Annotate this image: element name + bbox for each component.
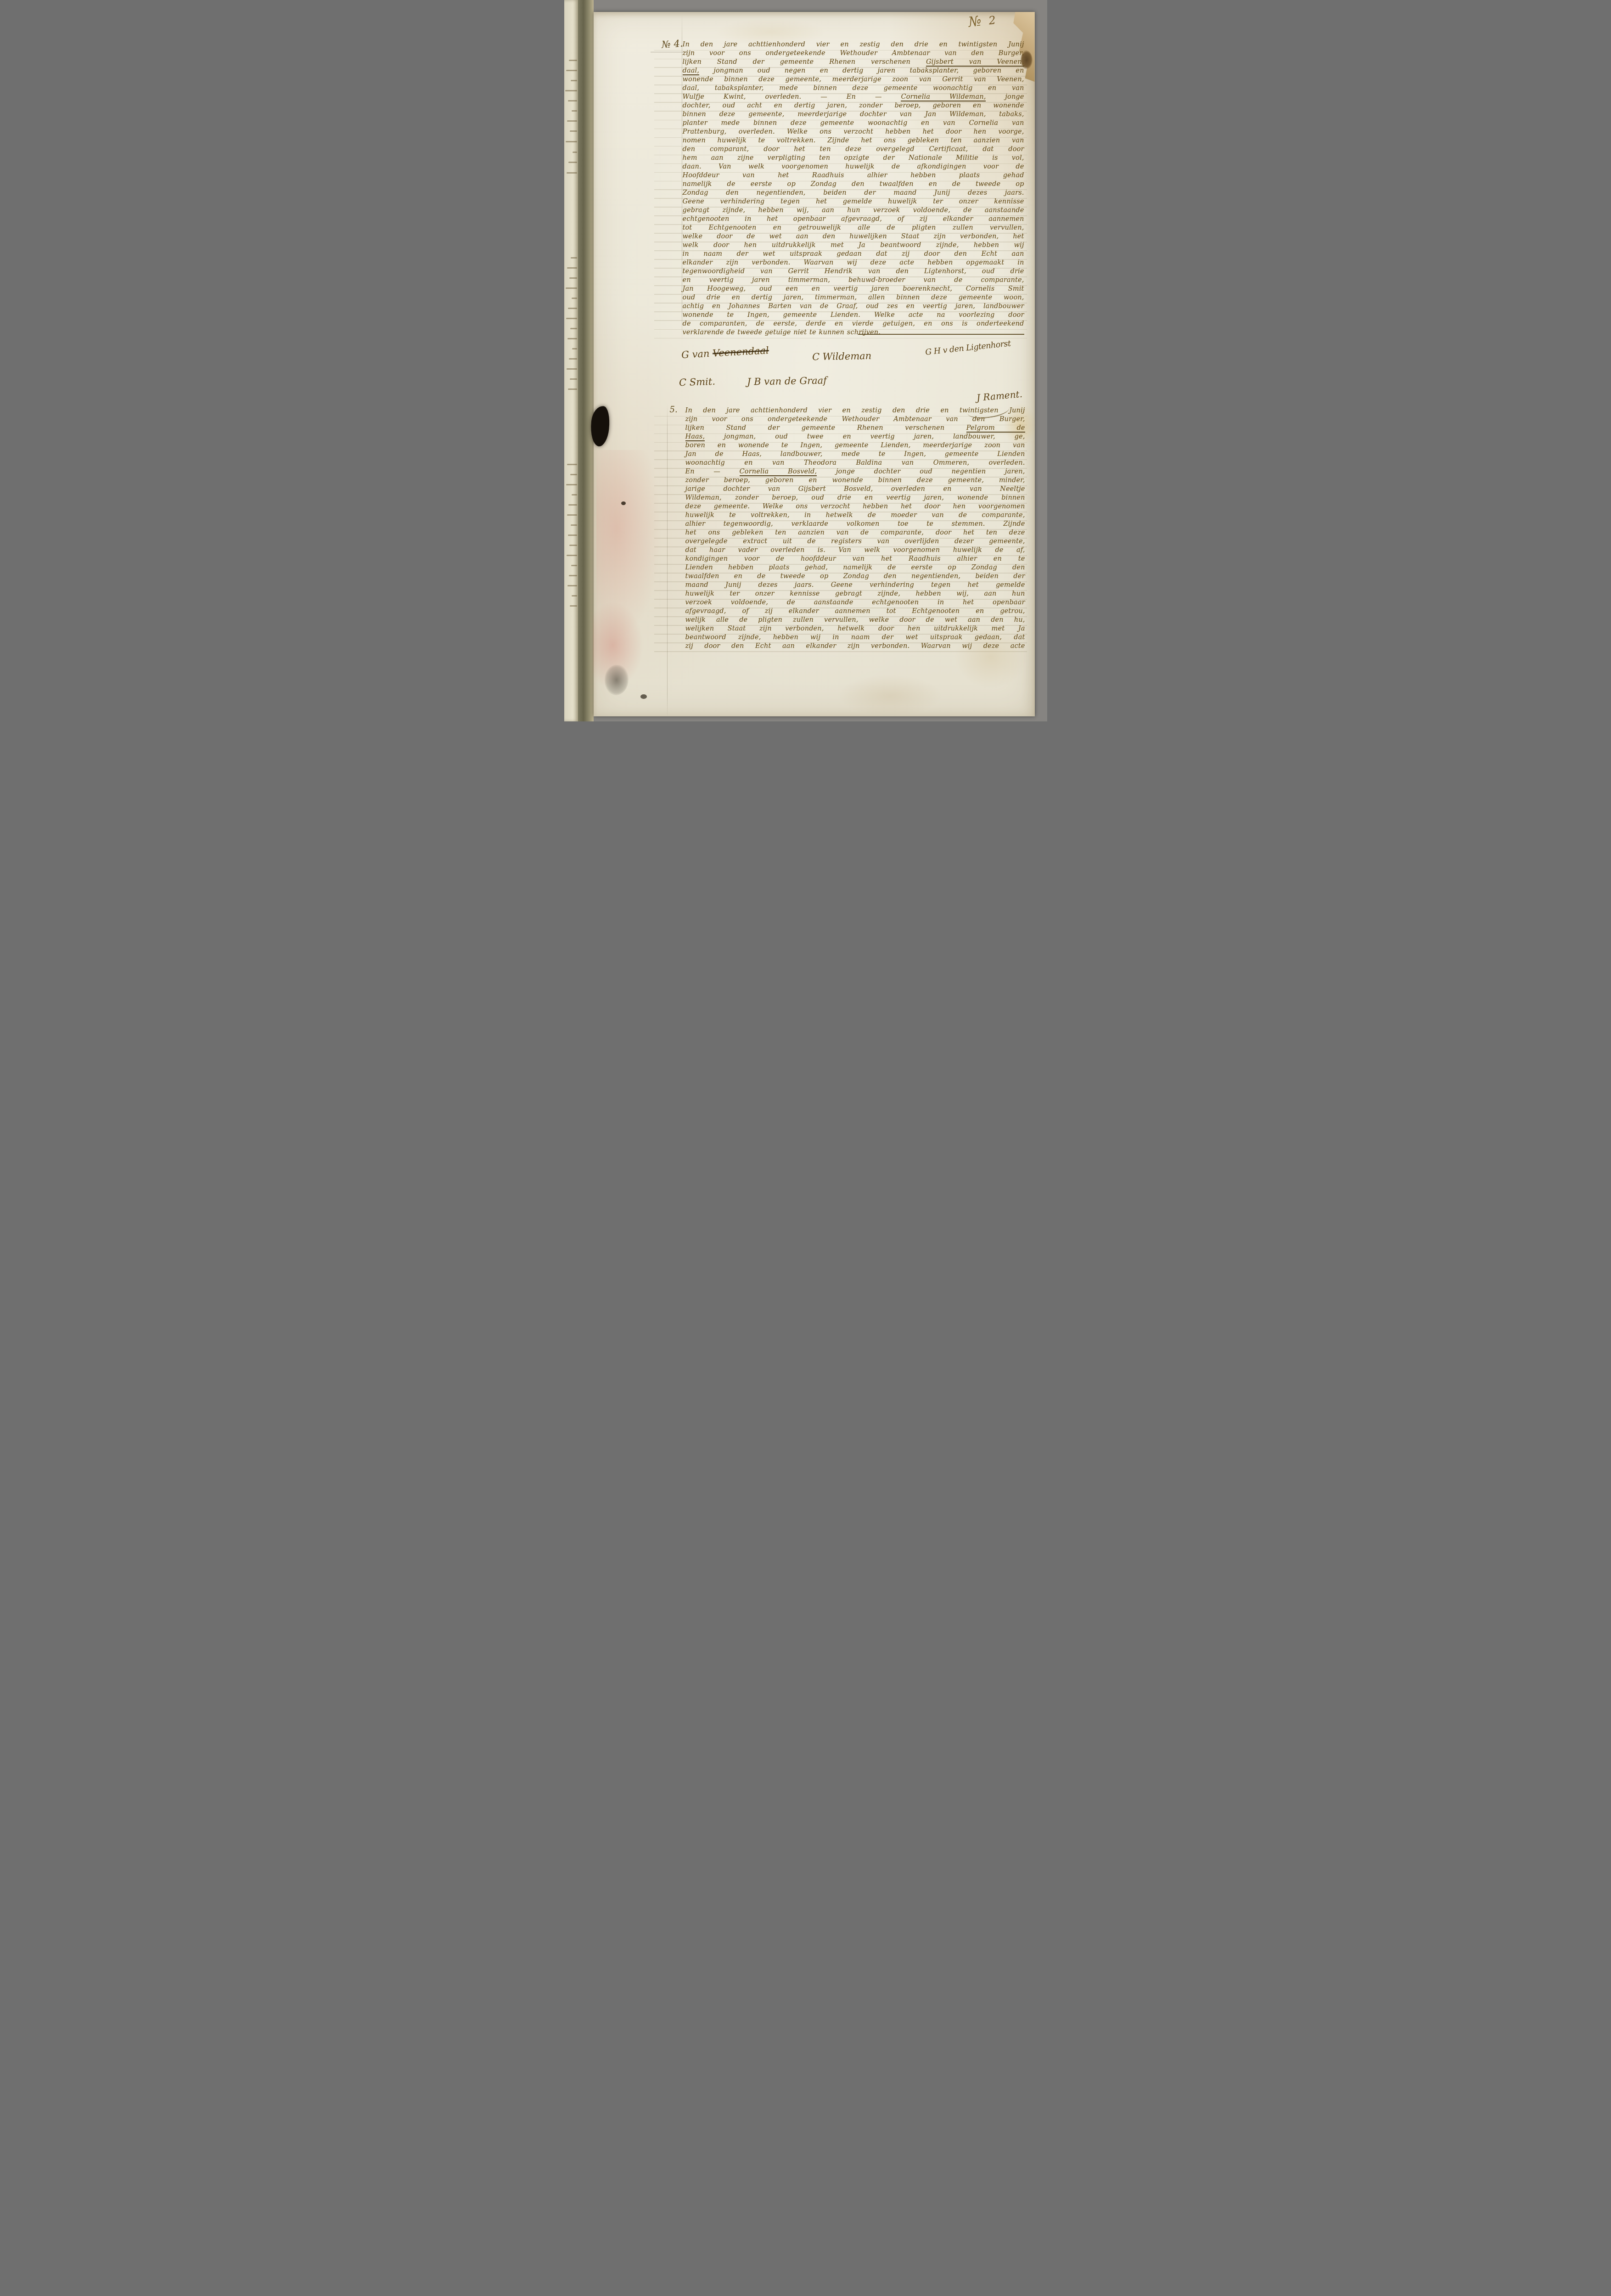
facing-page-text-fragment [571,565,577,566]
act-line: welijken Staat zijn verbonden, hetwelk d… [685,625,1025,633]
facing-page-text-fragment [568,162,577,163]
facing-page-text-fragment [567,514,577,516]
act-line: huwelijk te voltrekken, in hetwelk de mo… [685,511,1025,520]
act-line: binnen deze gemeente, meerderjarige doch… [683,110,1024,119]
act-line: In den jare achttienhonderd vier en zest… [685,406,1025,415]
act-line: namelijk de eerste op Zondag den twaalfd… [683,180,1024,189]
act-line: zijn voor ons ondergeteekende Wethouder … [683,49,1024,58]
signature: C Smit. [679,376,715,388]
act-line: kondigingen voor de hoofddeur van het Ra… [685,555,1025,563]
act-line: het ons gebleken ten aanzien van de comp… [685,529,1025,537]
act-line: maand Junij dezes jaars. Geene verhinder… [685,581,1025,590]
facing-page-text-fragment [568,535,577,536]
act-line: alhier tegenwoordig, verklaarde volkomen… [685,520,1025,529]
act-line: nomen huwelijk te voltrekken. Zijnde het… [683,136,1024,145]
facing-page-text-fragment [571,524,577,526]
facing-page-text-fragment [566,318,577,319]
act-line: lijken Stand der gemeente Rhenen versche… [685,424,1025,433]
act-line: afgevraagd, of zij elkander aannemen tot… [685,607,1025,616]
act-line: daal, jongman oud negen en dertig jaren … [683,67,1024,75]
act-line: zonder beroep, geboren en wonende binnen… [685,476,1025,485]
facing-page-text-fragment [569,545,577,546]
fold-crease [682,14,682,342]
act-line: echtgenooten in het openbaar afgevraagd,… [683,215,1024,224]
act-line: gebragt zijnde, hebben wij, aan hun verz… [683,206,1024,215]
facing-page-text-fragment [568,308,577,309]
facing-page-text-fragment [570,130,577,132]
act-5-text: In den jare achttienhonderd vier en zest… [685,406,1025,651]
act-line: Geene verhindering tegen het gemelde huw… [683,197,1024,206]
act-line: huwelijk ter onzer kennisse gebragt zijn… [685,590,1025,598]
act-number-label: № 4. [661,38,683,50]
underlined-name: Gijsbert van Veenen, [926,58,1024,67]
act-line: daal, tabaksplanter, mede binnen deze ge… [683,84,1024,93]
facing-page-text-fragment [567,338,577,339]
facing-page-text-fragment [567,555,577,556]
act-line: daan. Van welk voorgenomen huwelijk de a… [683,163,1024,171]
signature: C Wildeman [812,350,871,362]
act-line: achtig en Johannes Barten van de Graaf, … [683,302,1024,311]
act-line: overgelegde extract uit de registers van… [685,537,1025,546]
act-line: In den jare achttienhonderd vier en zest… [683,40,1024,49]
facing-page-text-fragment [569,60,577,61]
facing-page-text-fragment [569,358,577,360]
facing-page-text-fragment [570,474,577,475]
facing-page-text-fragment [572,494,577,495]
act-number-label: 5. [670,405,678,415]
act-line: welk door hen uitdrukkelijk met Ja beant… [683,241,1024,250]
act-4-text: In den jare achttienhonderd vier en zest… [683,40,1024,337]
act-line: Zondag den negentienden, beiden der maan… [683,189,1024,197]
act-line: Jan Hoogeweg, oud een en veertig jaren b… [683,285,1024,293]
act-line: dochter, oud acht en dertig jaren, zonde… [683,101,1024,110]
underlined-name: daal, [683,67,700,75]
signature: J B van de Graaf [747,375,826,387]
act-line: Wulfje Kwint, overleden. — En — Cornelia… [683,93,1024,101]
facing-page-text-fragment [572,298,577,299]
act-line: boren en wonende te Ingen, gemeente Lien… [685,441,1025,450]
act-line: den comparant, door het ten deze overgel… [683,145,1024,154]
folio-mark: №2 [967,11,996,30]
act-line: En — Cornelia Bosveld, jonge dochter oud… [685,467,1025,476]
act-line: dat haar vader overleden is. Van welk vo… [685,546,1025,555]
act-line: hem aan zijne verpligting ten opzigte de… [683,154,1024,163]
act-line: de comparanten, de eerste, derde en vier… [683,320,1024,328]
facing-page-edge [564,0,578,721]
facing-page-text-fragment [570,328,577,329]
facing-page-text-fragment [567,120,577,122]
act-line: twaalfden en de tweede op Zondag den neg… [685,572,1025,581]
facing-page-text-fragment [567,368,577,370]
facing-page-text-fragment [573,152,577,153]
facing-page-text-fragment [572,595,577,597]
facing-page-text-fragment [566,484,577,485]
facing-page-text-fragment [567,464,577,465]
facing-page-text-fragment [568,504,577,506]
act-line: Lienden hebben plaats gehad, namelijk de… [685,563,1025,572]
act-line: Prattenburg, overleden. Welke ons verzoc… [683,128,1024,136]
act-line: elkander zijn verbonden. Waarvan wij dez… [683,259,1024,267]
facing-page-text-fragment [572,110,577,112]
underlined-name: Cornelia Wildeman, [901,93,986,101]
facing-page-text-fragment [567,172,577,174]
facing-page-text-fragment [569,277,577,279]
act-end-rule [858,334,1024,335]
facing-page-text-fragment [567,585,577,586]
act-line: planter mede binnen deze gemeente woonac… [683,119,1024,128]
act-line: Haas, jongman, oud twee en veertig jaren… [685,433,1025,441]
act-line: woonachtig en van Theodora Baldina van O… [685,459,1025,467]
act-line: wonende binnen deze gemeente, meerderjar… [683,75,1024,84]
facing-page-text-fragment [568,388,577,390]
register-page-scan: №2 № 4. In den jare achttienhonderd vier… [564,0,1047,721]
facing-page-text-fragment [566,287,577,289]
act-line: en veertig jaren timmerman, behuwd-broed… [683,276,1024,285]
facing-page-text-fragment [566,141,577,142]
act-line: Jan de Haas, landbouwer, mede te Ingen, … [685,450,1025,459]
act-line: welke door de wet aan den huwelijken Sta… [683,232,1024,241]
book-gutter [578,0,594,721]
act-line: jarige dochter van Gijsbert Bosveld, ove… [685,485,1025,494]
fold-crease [667,404,668,719]
facing-page-text-fragment [570,378,577,380]
act-line: Hoofddeur van het Raadhuis alhier hebben… [683,171,1024,180]
underlined-name: Haas, [685,433,705,441]
act-line: verklarende de tweede getuige niet te ku… [683,328,1024,337]
act-line: deze gemeente. Welke ons verzocht hebben… [685,502,1025,511]
facing-page-text-fragment [567,267,577,269]
facing-page-text-fragment [566,70,577,71]
act-line: in naam der wet uitspraak gedaan dat zij… [683,250,1024,259]
act-line: zij door den Echt aan elkander zijn verb… [685,642,1025,651]
act-line: wonende te Ingen, gemeente Lienden. Welk… [683,311,1024,320]
underlined-name: Pelgrom de [966,424,1025,433]
facing-page-text-fragment [565,90,577,91]
facing-page-text-fragment [571,80,577,81]
margin-pencil-line [651,52,687,52]
facing-page-text-fragment [572,348,577,349]
act-line: zijn voor ons ondergeteekende Wethouder … [685,415,1025,424]
act-line: Wildeman, zonder beroep, oud drie en vee… [685,494,1025,502]
act-line: tegenwoordigheid van Gerrit Hendrik van … [683,267,1024,276]
facing-page-text-fragment [571,257,577,259]
facing-page-text-fragment [568,100,577,101]
folio-number: 2 [988,13,996,27]
act-line: verzoek voldoende, de aanstaande echtgen… [685,598,1025,607]
act-line: welijk alle de pligten zullen vervullen,… [685,616,1025,625]
facing-page-text-fragment [570,605,577,607]
folio-paraph: № [967,13,983,30]
act-line: oud drie en dertig jaren, timmerman, all… [683,293,1024,302]
facing-page-text-fragment [569,575,577,576]
act-line: beantwoord zijnde, hebben wij in naam de… [685,633,1025,642]
act-line: lijken Stand der gemeente Rhenen versche… [683,58,1024,67]
act-line: tot Echtgenooten en getrouwelijk alle de… [683,224,1024,232]
underlined-name: Cornelia Bosveld, [740,468,817,476]
